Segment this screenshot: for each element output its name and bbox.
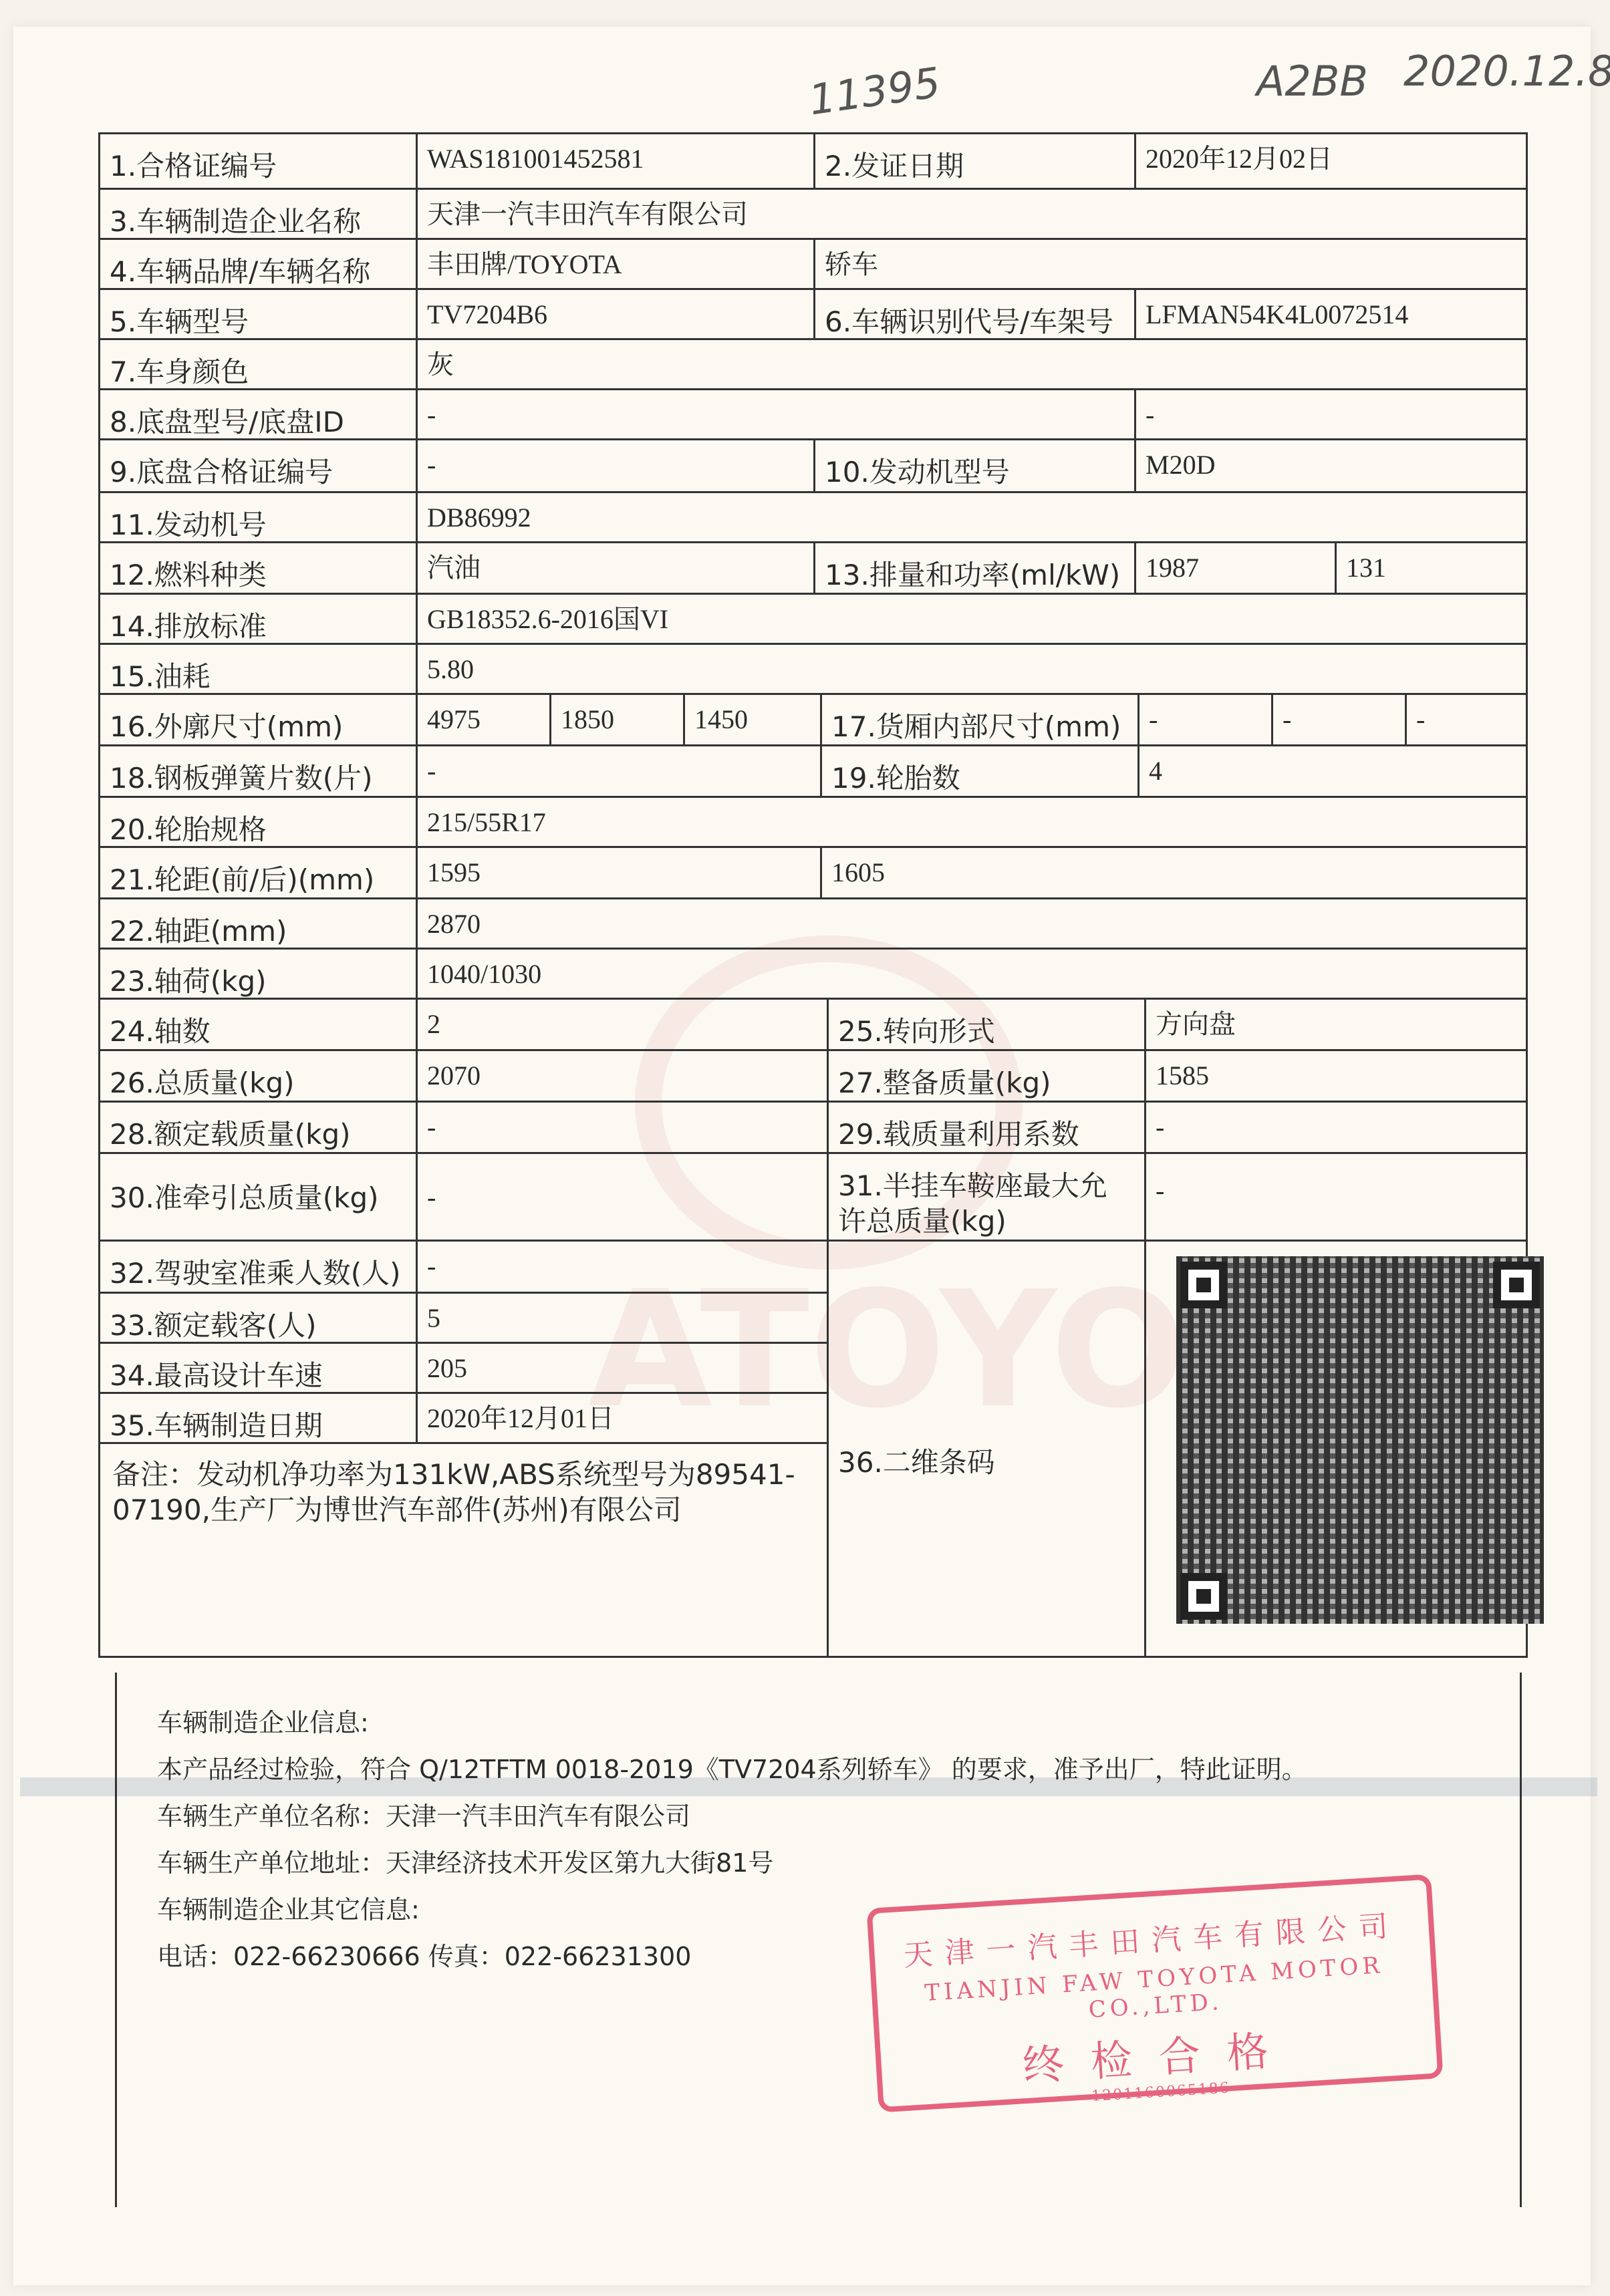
value-axle-count: 2 [418,1000,829,1049]
label-manufacturer: 3.车辆制造企业名称 [100,190,418,238]
value-fifth-wheel-mass: - [1146,1154,1526,1240]
value-cargo-length: - [1139,695,1273,744]
value-model: TV7204B6 [418,290,815,338]
label-displacement-power: 13.排量和功率(ml/kW) [815,543,1136,593]
row-33: 33.额定载客(人) 5 [100,1294,827,1344]
value-axle-load: 1040/1030 [418,950,1526,998]
label-fuel-consumption: 15.油耗 [100,645,418,693]
value-track-rear: 1605 [822,848,1526,897]
value-rated-load: - [418,1103,829,1152]
value-engine-model: M20D [1136,440,1526,491]
label-cargo-dimensions: 17.货厢内部尺寸(mm) [822,695,1139,744]
label-steering: 25.转向形式 [829,1000,1146,1049]
row-20: 20.轮胎规格 215/55R17 [100,798,1526,848]
row-22: 22.轴距(mm) 2870 [100,899,1526,950]
label-brand: 4.车辆品牌/车辆名称 [100,240,418,288]
row-21: 21.轮距(前/后)(mm) 1595 1605 [100,848,1526,899]
qr-finder-icon [1180,1573,1227,1620]
label-chassis-model: 8.底盘型号/底盘ID [100,390,418,438]
label-fifth-wheel-mass: 31.半挂车鞍座最大允许总质量(kg) [829,1154,1146,1240]
lower-left: 32.驾驶室准乘人数(人) - 33.额定载客(人) 5 34.最高设计车速(k… [100,1242,829,1656]
label-dimensions: 16.外廓尺寸(mm) [100,695,418,744]
value-track-front: 1595 [418,848,822,897]
value-color: 灰 [418,340,1526,388]
label-gross-mass: 26.总质量(kg) [100,1051,418,1101]
handwritten-date: 2020.12.8 [1403,47,1610,96]
row-14: 14.排放标准 GB18352.6-2016国VI [100,595,1526,645]
row-16: 16.外廓尺寸(mm) 4975 1850 1450 17.货厢内部尺寸(mm)… [100,695,1526,746]
row-23: 23.轴荷(kg) 1040/1030 [100,950,1526,1000]
value-power: 131 [1337,543,1526,593]
label-cert-no: 1.合格证编号 [100,134,418,188]
label-engine-model: 10.发动机型号 [815,440,1136,491]
label-tire-spec: 20.轮胎规格 [100,798,418,846]
row-11: 11.发动机号 DB86992 [100,493,1526,543]
label-vin: 6.车辆识别代号/车架号 [815,290,1136,338]
label-issue-date: 2.发证日期 [815,134,1136,188]
row-32: 32.驾驶室准乘人数(人) - [100,1242,827,1294]
qr-code-icon [1176,1256,1544,1624]
row-35: 35.车辆制造日期 2020年12月01日 [100,1394,827,1444]
label-color: 7.车身颜色 [100,340,418,388]
value-leaf-springs: - [418,746,822,796]
value-cert-no: WAS181001452581 [418,134,815,188]
row-5: 5.车辆型号 TV7204B6 6.车辆识别代号/车架号 LFMAN54K4L0… [100,290,1526,340]
label-rated-load: 28.额定载质量(kg) [100,1103,418,1152]
value-load-utilization: - [1146,1103,1526,1152]
row-4: 4.车辆品牌/车辆名称 丰田牌/TOYOTA 轿车 [100,240,1526,290]
row-3: 3.车辆制造企业名称 天津一汽丰田汽车有限公司 [100,190,1526,240]
label-passengers: 33.额定载客(人) [100,1294,418,1342]
value-brand: 丰田牌/TOYOTA [418,240,815,288]
label-tire-count: 19.轮胎数 [822,746,1139,796]
value-fuel-consumption: 5.80 [418,645,1526,693]
qr-finder-icon [1493,1262,1540,1308]
row-26: 26.总质量(kg) 2070 27.整备质量(kg) 1585 [100,1051,1526,1103]
label-fuel: 12.燃料种类 [100,543,418,593]
value-cargo-width: - [1273,695,1407,744]
label-axle-load: 23.轴荷(kg) [100,950,418,998]
value-manufacture-date: 2020年12月01日 [418,1394,827,1442]
label-leaf-springs: 18.钢板弹簧片数(片) [100,746,418,796]
info-producer-address: 车辆生产单位地址：天津经济技术开发区第九大街81号 [157,1840,1480,1886]
handwritten-code: A2BB [1256,57,1368,106]
remarks: 备注：发动机净功率为131kW,ABS系统型号为89541-07190,生产厂为… [100,1444,827,1541]
row-8: 8.底盘型号/底盘ID - - [100,390,1526,440]
value-towing-mass: - [418,1154,829,1240]
value-length: 4975 [418,695,551,744]
label-max-speed: 34.最高设计车速(km/h) [100,1344,418,1392]
value-displacement: 1987 [1136,543,1337,593]
value-chassis-model: - [418,390,1136,438]
value-cargo-height: - [1407,695,1526,744]
row-30: 30.准牵引总质量(kg) - 31.半挂车鞍座最大允许总质量(kg) - [100,1154,1526,1242]
label-chassis-cert: 9.底盘合格证编号 [100,440,418,491]
row-7: 7.车身颜色 灰 [100,340,1526,390]
qr-finder-icon [1180,1262,1227,1308]
label-load-utilization: 29.载质量利用系数 [829,1103,1146,1152]
value-manufacturer: 天津一汽丰田汽车有限公司 [418,190,1526,238]
label-axle-count: 24.轴数 [100,1000,418,1049]
value-vehicle-type: 轿车 [815,240,1526,288]
row-24: 24.轴数 2 25.转向形式 方向盘 [100,1000,1526,1051]
value-chassis-id: - [1136,390,1526,438]
value-chassis-cert: - [418,440,815,491]
label-cab-seats: 32.驾驶室准乘人数(人) [100,1242,418,1292]
value-engine-no: DB86992 [418,493,1526,541]
info-statement: 本产品经过检验，符合 Q/12TFTM 0018-2019《TV7204系列轿车… [157,1746,1480,1793]
value-gross-mass: 2070 [418,1051,829,1101]
label-track: 21.轮距(前/后)(mm) [100,848,418,897]
row-12: 12.燃料种类 汽油 13.排量和功率(ml/kW) 1987 131 [100,543,1526,595]
label-towing-mass: 30.准牵引总质量(kg) [100,1154,418,1240]
value-height: 1450 [685,695,822,744]
label-curb-mass: 27.整备质量(kg) [829,1051,1146,1101]
value-tire-spec: 215/55R17 [418,798,1526,846]
label-model: 5.车辆型号 [100,290,418,338]
value-vin: LFMAN54K4L0072514 [1136,290,1526,338]
label-emission: 14.排放标准 [100,595,418,643]
row-34: 34.最高设计车速(km/h) 205 [100,1344,827,1394]
info-heading: 车辆制造企业信息: [157,1699,1480,1746]
value-curb-mass: 1585 [1146,1051,1526,1101]
value-tire-count: 4 [1139,746,1526,796]
value-max-speed: 205 [418,1344,827,1392]
value-fuel: 汽油 [418,543,815,593]
label-qr-code: 36.二维条码 [829,1242,1146,1656]
row-1: 1.合格证编号 WAS181001452581 2.发证日期 2020年12月0… [100,134,1526,190]
info-producer-name: 车辆生产单位名称：天津一汽丰田汽车有限公司 [157,1793,1480,1840]
inspection-stamp: 天津一汽丰田汽车有限公司 TIANJIN FAW TOYOTA MOTOR CO… [866,1874,1443,2112]
row-28: 28.额定载质量(kg) - 29.载质量利用系数 - [100,1103,1526,1154]
row-9: 9.底盘合格证编号 - 10.发动机型号 M20D [100,440,1526,493]
value-steering: 方向盘 [1146,1000,1526,1049]
value-emission: GB18352.6-2016国VI [418,595,1526,643]
value-width: 1850 [551,695,685,744]
row-18: 18.钢板弹簧片数(片) - 19.轮胎数 4 [100,746,1526,798]
value-wheelbase: 2870 [418,899,1526,948]
value-cab-seats: - [418,1242,827,1292]
label-engine-no: 11.发动机号 [100,493,418,541]
row-15: 15.油耗 5.80 [100,645,1526,695]
value-passengers: 5 [418,1294,827,1342]
value-issue-date: 2020年12月02日 [1136,134,1526,188]
label-wheelbase: 22.轴距(mm) [100,899,418,948]
label-manufacture-date: 35.车辆制造日期 [100,1394,418,1442]
